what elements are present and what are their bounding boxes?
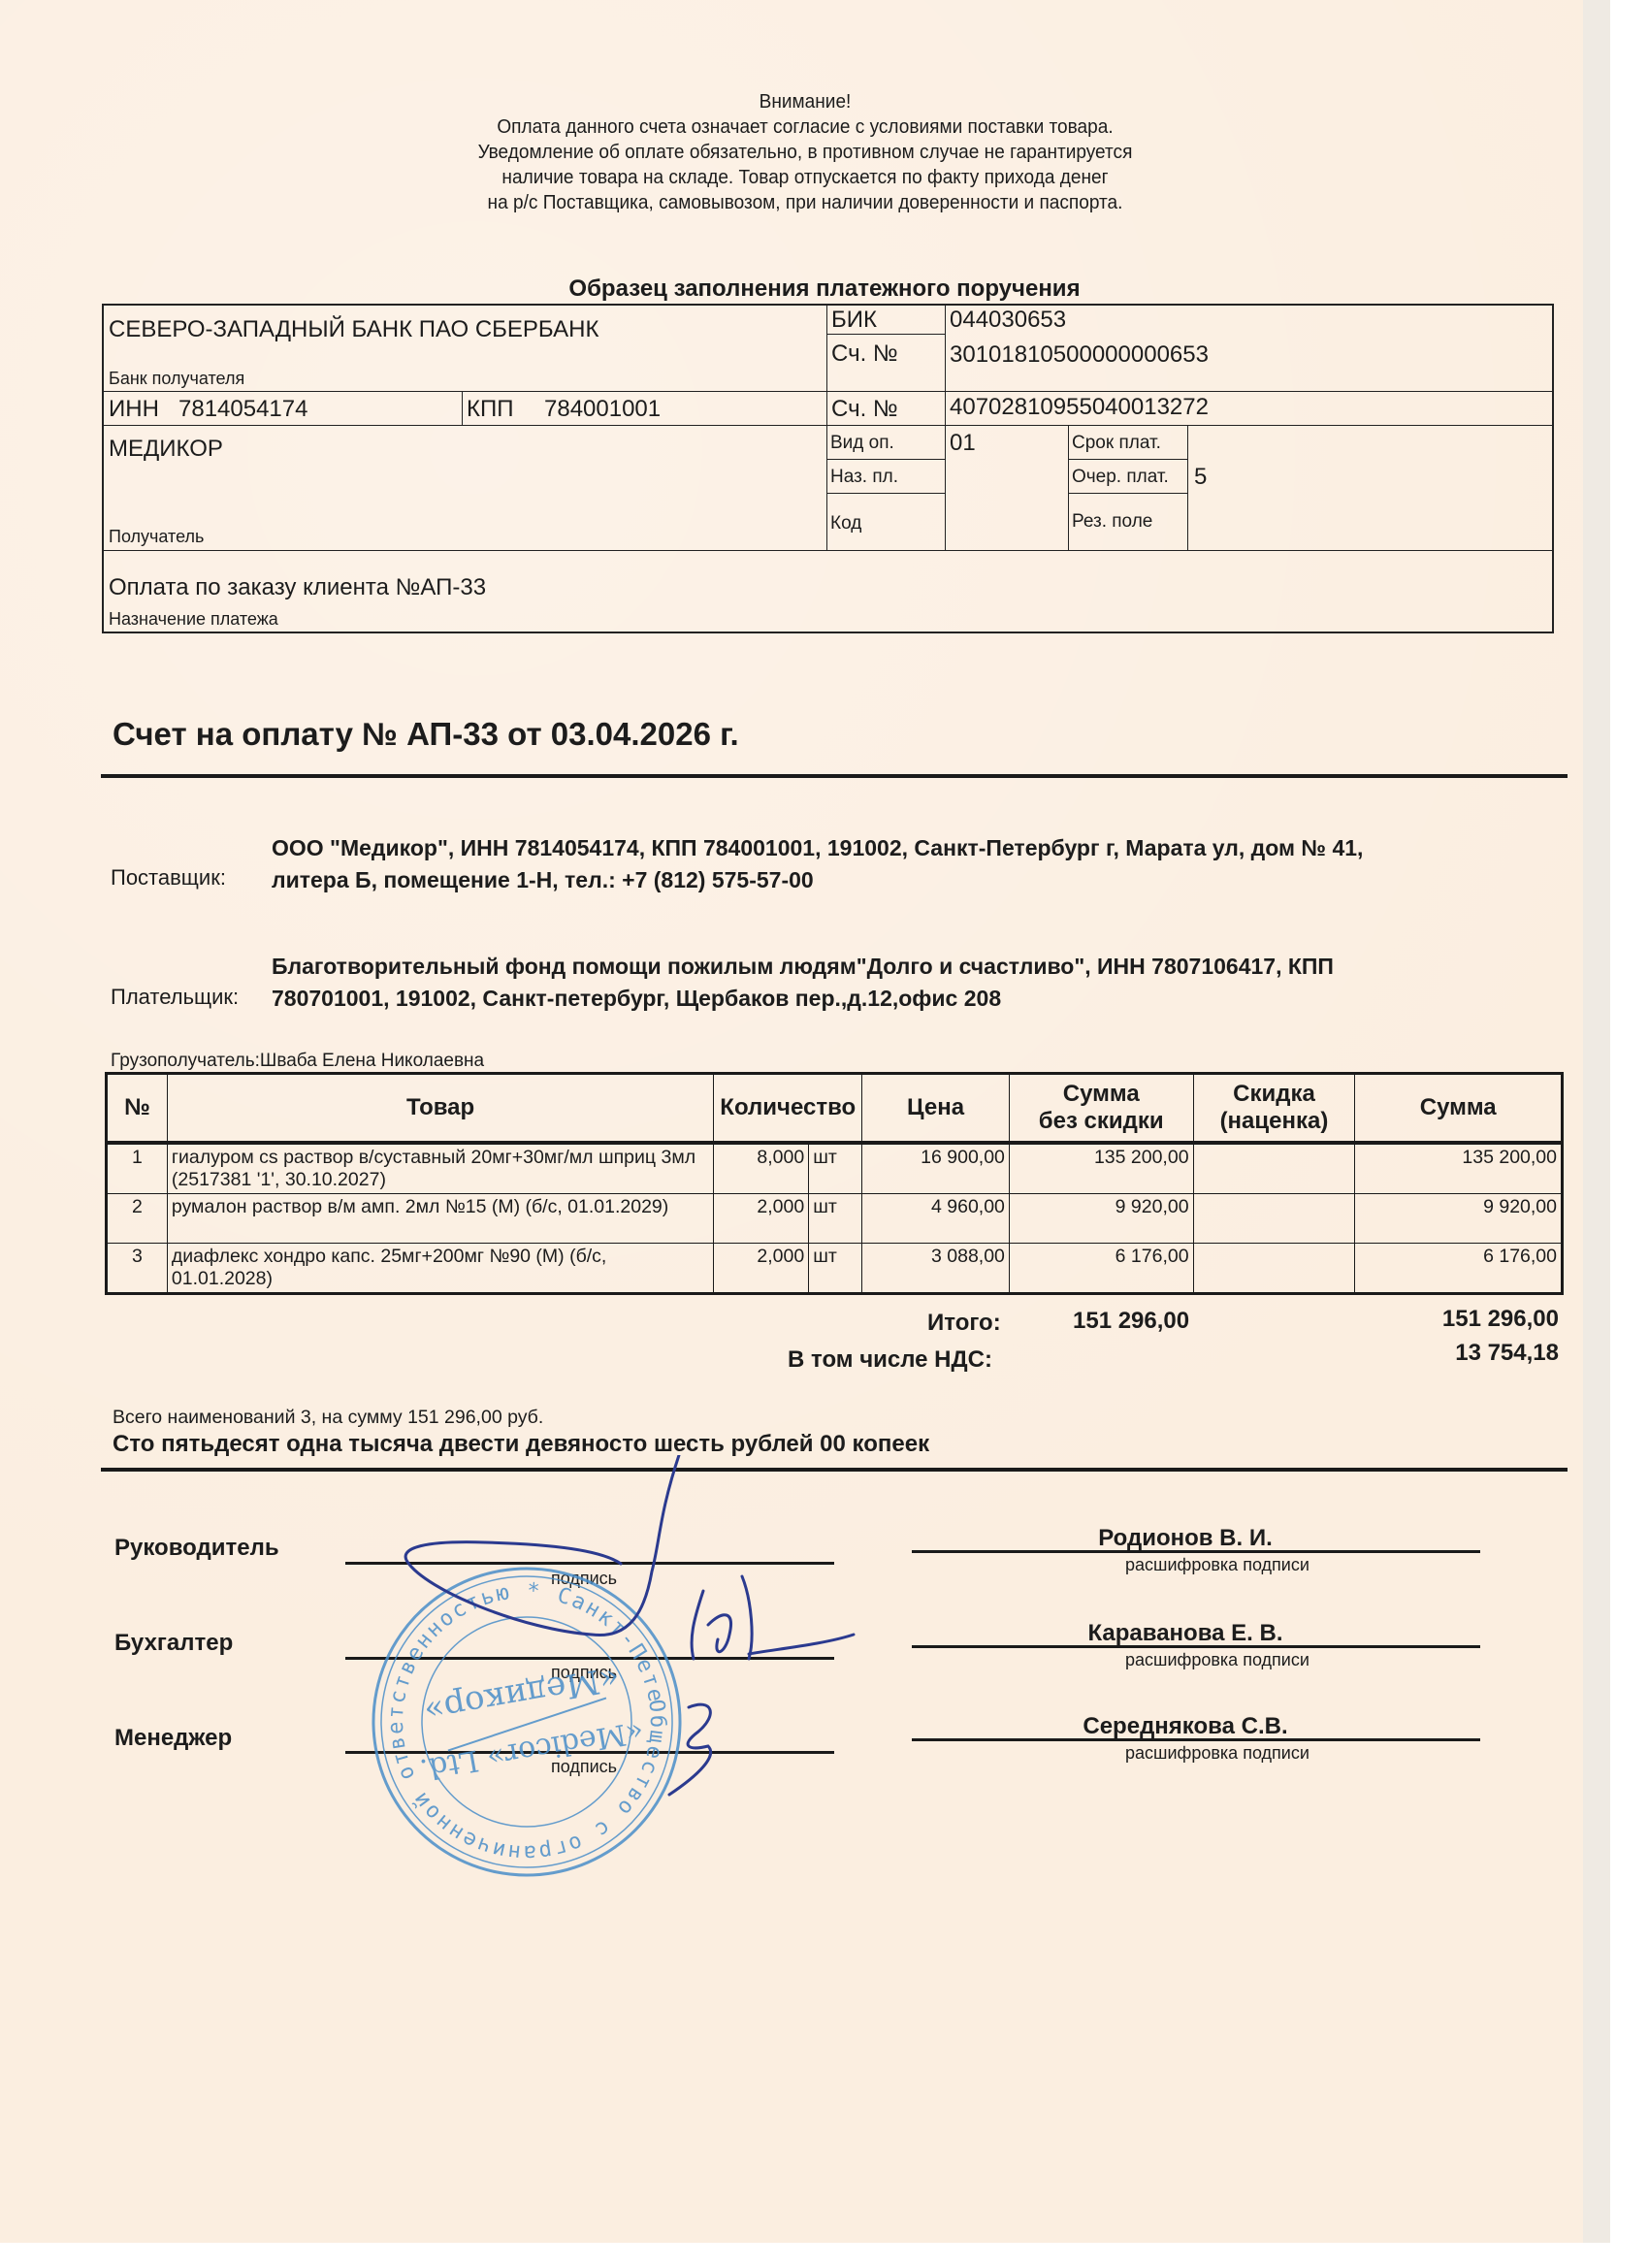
row-sum-no-discount: 135 200,00 [1009,1143,1193,1194]
notice-line: на р/с Поставщика, самовывозом, при нали… [400,190,1212,215]
reserve-label-cell: Рез. поле [1068,493,1188,551]
row-number: 1 [107,1143,168,1194]
handwritten-signatures-icon [369,1455,873,1804]
payer-line: Благотворительный фонд помощи пожилым лю… [272,951,1334,983]
supplier-line: ООО "Медикор", ИНН 7814054174, КПП 78400… [272,832,1363,864]
row-sum: 135 200,00 [1355,1143,1563,1194]
op-type-value: 01 [950,430,976,457]
items-count-line: Всего наименований 3, на сумму 151 296,0… [113,1407,543,1429]
account-value: 40702810955040013272 [950,394,1209,421]
empty-cell [1187,425,1554,551]
col-header-quantity: Количество [714,1074,862,1144]
notice-line: Оплата данного счета означает согласие с… [400,114,1212,140]
code-label: Код [830,513,861,535]
purpose-cell: Оплата по заказу клиента №АП-33 Назначен… [102,550,1554,633]
signature-role-manager: Менеджер [114,1725,232,1752]
account-value-cell: 40702810955040013272 [945,391,1554,426]
bank-name: СЕВЕРО-ЗАПАДНЫЙ БАНК ПАО СБЕРБАНК [109,316,598,343]
bik-label: БИК [831,307,877,334]
bik-value: 044030653 [950,307,1066,334]
total-sum: 151 296,00 [1428,1306,1559,1333]
recipient-cell: МЕДИКОР Получатель [102,425,827,551]
name-line [912,1738,1480,1741]
inn-cell: ИНН 7814054174 [102,391,463,426]
name-line [912,1550,1480,1553]
row-number: 3 [107,1244,168,1294]
col-header-price: Цена [862,1074,1010,1144]
consignee: Грузополучатель:Шваба Елена Николаевна [111,1051,484,1072]
account-label-cell: Сч. № [826,391,946,426]
row-discount [1193,1244,1355,1294]
row-unit: шт [809,1194,862,1244]
row-discount [1193,1143,1355,1194]
total-label: Итого: [927,1310,1001,1337]
name-caption: расшифровка подписи [1125,1743,1309,1764]
corr-account-label: Сч. № [831,340,898,368]
payer-line: 780701001, 191002, Санкт-петербург, Щерб… [272,983,1334,1015]
total-no-discount: 151 296,00 [1073,1308,1189,1335]
row-sum-no-discount: 9 920,00 [1009,1194,1193,1244]
row-qty: 2,000 [714,1244,809,1294]
row-qty: 2,000 [714,1194,809,1244]
items-table: № Товар Количество Цена Сумма без скидки… [105,1072,1564,1295]
col-header-product: Товар [167,1074,713,1144]
code-label-cell: Код [826,493,946,551]
invoice-title: Счет на оплату № АП-33 от 03.04.2026 г. [113,716,739,753]
notice-line: наличие товара на складе. Товар отпускае… [400,165,1212,190]
row-product: гиалуром cs раствор в/суставный 20мг+30м… [167,1143,713,1194]
bik-value-cell: 044030653 30101810500000000653 [945,304,1554,392]
row-unit: шт [809,1143,862,1194]
table-row: 2 румалон раствор в/м амп. 2мл №15 (М) (… [107,1194,1563,1244]
notice-heading: Внимание! [400,89,1212,114]
row-price: 3 088,00 [862,1244,1010,1294]
payer-details: Благотворительный фонд помощи пожилым лю… [272,951,1334,1015]
supplier-label: Поставщик: [111,865,226,891]
corr-account-value: 30101810500000000653 [950,341,1209,369]
kpp-label: КПП [467,396,513,423]
due-label: Срок плат. [1072,433,1161,454]
recipient-name: МЕДИКОР [109,436,223,463]
col-header-discount: Скидка (наценка) [1193,1074,1355,1144]
op-type-value-cell: 01 [945,425,1069,551]
op-type-label: Вид оп. [830,433,894,454]
col-header-sum-no-discount: Сумма без скидки [1009,1074,1193,1144]
recipient-label: Получатель [109,527,204,547]
row-price: 16 900,00 [862,1143,1010,1194]
bik-label-cell: БИК [826,304,946,335]
inn-value: 7814054174 [178,396,307,423]
signer-name: Родионов В. И. [904,1525,1467,1552]
supplier-details: ООО "Медикор", ИНН 7814054174, КПП 78400… [272,832,1363,896]
notice-line: Уведомление об оплате обязательно, в про… [400,140,1212,165]
vat-sum: 13 754,18 [1428,1340,1559,1367]
row-sum: 9 920,00 [1355,1194,1563,1244]
scan-edge [1583,0,1610,2243]
header-line: Скидка [1198,1081,1351,1108]
row-qty: 8,000 [714,1143,809,1194]
header-line: Сумма [1014,1081,1189,1108]
purpose-code-label-cell: Наз. пл. [826,459,946,494]
payer-label: Плательщик: [111,985,239,1010]
table-header-row: № Товар Количество Цена Сумма без скидки… [107,1074,1563,1144]
table-row: 1 гиалуром cs раствор в/суставный 20мг+3… [107,1143,1563,1194]
title-rule [101,774,1568,778]
due-label-cell: Срок плат. [1068,425,1188,460]
signature-role-accountant: Бухгалтер [114,1630,233,1657]
header-line: без скидки [1014,1108,1189,1135]
row-product: румалон раствор в/м амп. 2мл №15 (М) (б/… [167,1194,713,1244]
col-header-number: № [107,1074,168,1144]
kpp-value: 784001001 [544,396,661,423]
row-unit: шт [809,1244,862,1294]
purpose-label: Назначение платежа [109,609,278,630]
row-sum-no-discount: 6 176,00 [1009,1244,1193,1294]
signature-role-director: Руководитель [114,1535,279,1562]
bank-label: Банк получателя [109,369,244,389]
row-price: 4 960,00 [862,1194,1010,1244]
op-type-label-cell: Вид оп. [826,425,946,460]
signer-name: Караванова Е. В. [904,1620,1467,1647]
payment-order-title: Образец заполнения платежного поручения [524,275,1125,303]
purpose-code-label: Наз. пл. [830,467,898,488]
bank-name-cell: СЕВЕРО-ЗАПАДНЫЙ БАНК ПАО СБЕРБАНК Банк п… [102,304,827,392]
purpose-text: Оплата по заказу клиента №АП-33 [109,574,486,601]
name-caption: расшифровка подписи [1125,1650,1309,1670]
row-sum: 6 176,00 [1355,1244,1563,1294]
col-header-sum: Сумма [1355,1074,1563,1144]
row-number: 2 [107,1194,168,1244]
row-product: диафлекс хондро капс. 25мг+200мг №90 (М)… [167,1244,713,1294]
header-line: (наценка) [1198,1108,1351,1135]
reserve-label: Рез. поле [1072,511,1152,533]
payment-notice: Внимание! Оплата данного счета означает … [400,89,1212,215]
kpp-cell: КПП 784001001 [462,391,827,426]
supplier-line: литера Б, помещение 1-Н, тел.: +7 (812) … [272,864,1363,896]
signer-name: Середнякова С.В. [904,1713,1467,1740]
table-row: 3 диафлекс хондро капс. 25мг+200мг №90 (… [107,1244,1563,1294]
priority-label: Очер. плат. [1072,467,1169,488]
account-label: Сч. № [831,396,898,423]
priority-label-cell: Очер. плат. [1068,459,1188,494]
corr-account-label-cell: Сч. № [826,334,946,392]
name-caption: расшифровка подписи [1125,1555,1309,1575]
row-discount [1193,1194,1355,1244]
amount-in-words: Сто пятьдесят одна тысяча двести девянос… [113,1431,929,1458]
name-line [912,1645,1480,1648]
inn-label: ИНН [109,396,159,423]
vat-label: В том числе НДС: [788,1346,992,1374]
